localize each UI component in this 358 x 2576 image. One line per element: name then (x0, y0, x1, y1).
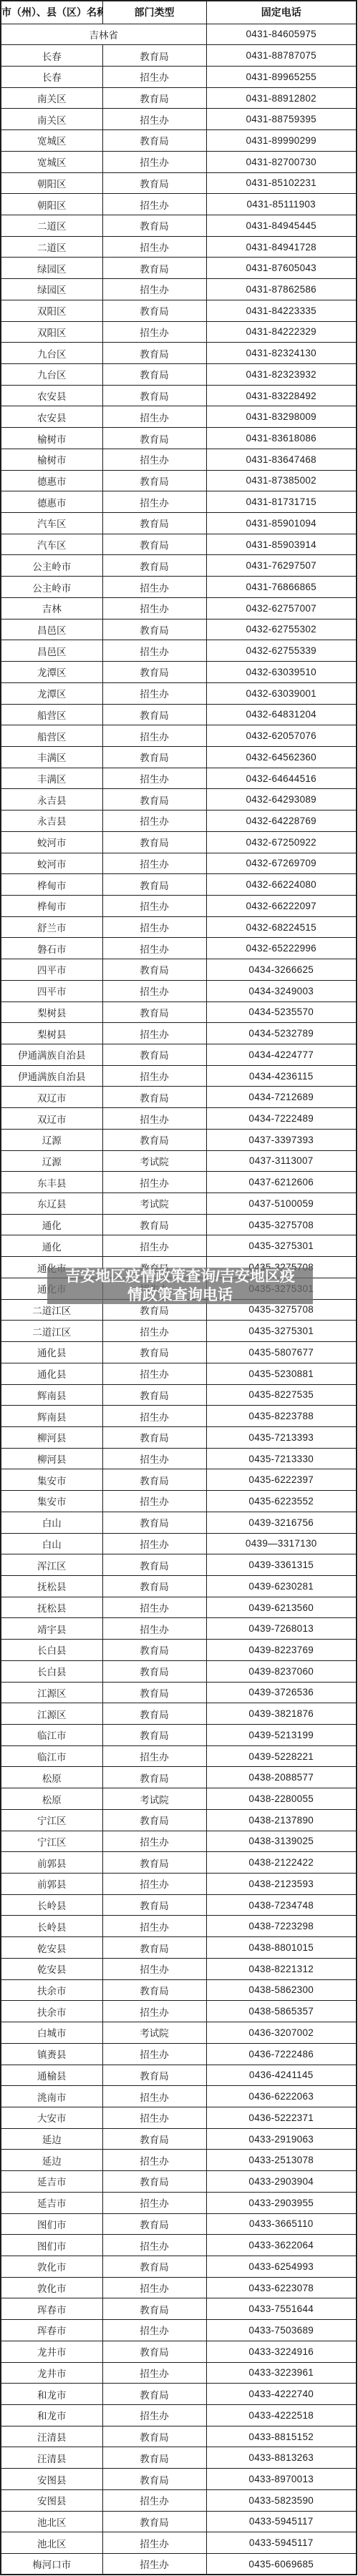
phone-cell: 0431-88787075 (206, 45, 357, 67)
dept-cell: 招生办 (102, 597, 206, 619)
dept-cell: 教育局 (102, 2447, 206, 2469)
dept-cell: 教育局 (102, 364, 206, 386)
phone-cell: 0436-7222486 (206, 2043, 357, 2065)
phone-cell: 0432-62757007 (206, 597, 357, 619)
table-row: 昌邑区招生办0432-62755339 (1, 640, 357, 662)
phone-cell: 0433-8970013 (206, 2469, 357, 2490)
dept-cell: 教育局 (102, 1214, 206, 1235)
table-row: 宽城区教育局0431-89990299 (1, 130, 357, 152)
table-row: 双辽市招生办0434-7222489 (1, 1108, 357, 1130)
table-row: 四平市教育局0434-3266625 (1, 959, 357, 981)
table-row: 九台区教育局0431-82324130 (1, 343, 357, 364)
phone-cell: 0431-81731715 (206, 491, 357, 513)
region-cell: 松原 (1, 1767, 102, 1788)
dept-cell: 招生办 (102, 2554, 206, 2575)
phone-cell: 0438-2123593 (206, 1874, 357, 1895)
dept-cell: 教育局 (102, 2341, 206, 2362)
dept-cell: 教育局 (102, 45, 206, 67)
dept-cell: 考试院 (102, 1150, 206, 1172)
region-cell: 图们市 (1, 2213, 102, 2235)
phone-cell: 0431-76297507 (206, 555, 357, 577)
region-cell: 临江市 (1, 1745, 102, 1767)
phone-cell: 0432-63039001 (206, 682, 357, 704)
region-cell: 伊通满族自治县 (1, 1044, 102, 1066)
phone-cell: 0431-87385002 (206, 470, 357, 491)
region-cell: 池北区 (1, 2532, 102, 2554)
table-row: 松原考试院0438-2280055 (1, 1788, 357, 1810)
phone-cell: 0438-5862300 (206, 1979, 357, 2001)
table-row: 绿园区教育局0431-87605043 (1, 258, 357, 279)
table-row: 靖宇县招生办0439-7268013 (1, 1618, 357, 1640)
phone-cell: 0436-6222063 (206, 2086, 357, 2107)
table-row: 永吉县招生办0432-64228769 (1, 810, 357, 832)
region-cell: 梅河口市 (1, 2554, 102, 2575)
table-row: 辉南县招生办0435-8223788 (1, 1406, 357, 1427)
region-cell: 浑江区 (1, 1554, 102, 1576)
phone-cell: 0439-7268013 (206, 1618, 357, 1640)
region-cell: 白城市 (1, 2022, 102, 2044)
phone-cell: 0434-3266625 (206, 959, 357, 981)
dept-cell: 招生办 (102, 682, 206, 704)
table-header: 市（州）、县（区）名称 部门类型 固定电话 (1, 1, 357, 24)
phone-cell: 0431-82700730 (206, 151, 357, 172)
table-row: 池北区教育局0433-5945117 (1, 2511, 357, 2532)
table-row: 白山招生办0439—3317130 (1, 1533, 357, 1554)
phone-cell: 0433-4222740 (206, 2384, 357, 2405)
dept-cell: 招生办 (102, 810, 206, 832)
region-cell: 梨树县 (1, 1023, 102, 1044)
region-cell: 德惠市 (1, 491, 102, 513)
dept-cell: 招生办 (102, 66, 206, 87)
dept-cell: 教育局 (102, 1725, 206, 1746)
phone-cell: 0432-62755339 (206, 640, 357, 662)
dept-cell: 招生办 (102, 2086, 206, 2107)
province-phone-cell: 0431-84605975 (206, 24, 357, 45)
region-cell: 龙潭区 (1, 662, 102, 683)
phone-cell: 0438-2122422 (206, 1852, 357, 1874)
dept-cell: 招生办 (102, 1958, 206, 1979)
phone-cell: 0439-5228221 (206, 1745, 357, 1767)
region-cell: 蛟河市 (1, 853, 102, 874)
dept-cell: 教育局 (102, 2469, 206, 2490)
phone-cell: 0431-83647468 (206, 449, 357, 470)
dept-cell: 教育局 (102, 555, 206, 577)
phone-cell: 0435-6223552 (206, 1491, 357, 1512)
table-row: 前郭县招生办0438-2123593 (1, 1874, 357, 1895)
dept-cell: 招生办 (102, 1108, 206, 1130)
phone-cell: 0435-7213393 (206, 1426, 357, 1448)
table-row: 蛟河市招生办0432-67269709 (1, 853, 357, 874)
region-cell: 长春 (1, 66, 102, 87)
dept-cell: 招生办 (102, 1235, 206, 1257)
region-cell: 朝阳区 (1, 194, 102, 215)
phone-cell: 0431-76866865 (206, 577, 357, 598)
phone-cell: 0439-8237060 (206, 1660, 357, 1682)
table-row: 德惠市教育局0431-87385002 (1, 470, 357, 491)
phone-cell: 0435-8227535 (206, 1384, 357, 1406)
phone-cell: 0433-7551644 (206, 2298, 357, 2320)
phone-cell: 0432-68224515 (206, 916, 357, 938)
table-row: 扶余市招生办0438-5865357 (1, 2001, 357, 2022)
dept-cell: 招生办 (102, 725, 206, 747)
region-cell: 洮南市 (1, 2086, 102, 2107)
region-cell: 船营区 (1, 704, 102, 725)
table-row: 大安市招生办0436-5222371 (1, 2107, 357, 2128)
region-cell: 汪清县 (1, 2447, 102, 2469)
dept-cell: 教育局 (102, 1979, 206, 2001)
dept-cell: 招生办 (102, 406, 206, 428)
table-row: 双辽市教育局0434-7212689 (1, 1087, 357, 1108)
table-row: 吉林招生办0432-62757007 (1, 597, 357, 619)
table-row: 龙井市招生办0433-3223961 (1, 2362, 357, 2384)
dept-cell: 教育局 (102, 172, 206, 194)
phone-cell: 0439-5213199 (206, 1725, 357, 1746)
phone-cell: 0434-4224777 (206, 1044, 357, 1066)
phone-cell: 0435-5230881 (206, 1363, 357, 1384)
phone-cell: 0434-4236115 (206, 1065, 357, 1087)
region-cell: 图们市 (1, 2235, 102, 2256)
table-row: 龙潭区教育局0432-63039510 (1, 662, 357, 683)
region-cell: 磐石市 (1, 938, 102, 959)
dept-cell: 教育局 (102, 2171, 206, 2193)
table-row: 图们市招生办0433-3622064 (1, 2235, 357, 2256)
region-cell: 乾安县 (1, 1937, 102, 1959)
col-header-dept-type: 部门类型 (102, 1, 206, 24)
table-row: 临江市招生办0439-5228221 (1, 1745, 357, 1767)
phone-cell: 0433-2513078 (206, 2150, 357, 2171)
dept-cell: 招生办 (102, 2320, 206, 2341)
phone-cell: 0432-64831204 (206, 704, 357, 725)
phone-cell: 0431-88912802 (206, 87, 357, 109)
table-row: 公主岭市招生办0431-76866865 (1, 577, 357, 598)
phone-cell: 0439-3726536 (206, 1682, 357, 1703)
table-row: 长岭县招生办0438-7223298 (1, 1916, 357, 1937)
table-row: 长白县教育局0439-8237060 (1, 1660, 357, 1682)
dept-cell: 教育局 (102, 789, 206, 810)
region-cell: 九台区 (1, 343, 102, 364)
region-cell: 宽城区 (1, 151, 102, 172)
region-cell: 伊通满族自治县 (1, 1065, 102, 1087)
dept-cell: 招生办 (102, 1831, 206, 1852)
table-row: 南关区教育局0431-88912802 (1, 87, 357, 109)
phone-cell: 0438-2280055 (206, 1788, 357, 1810)
region-cell: 扶余市 (1, 1979, 102, 2001)
table-row: 农安县招生办0431-83298009 (1, 406, 357, 428)
phone-cell: 0432-64644516 (206, 768, 357, 789)
table-row: 船营区教育局0432-64831204 (1, 704, 357, 725)
phone-cell: 0434-5235570 (206, 1001, 357, 1023)
dept-cell: 教育局 (102, 1044, 206, 1066)
table-row: 抚松县教育局0439-6230281 (1, 1575, 357, 1597)
dept-cell: 招生办 (102, 1023, 206, 1044)
phone-cell: 0439-6213560 (206, 1597, 357, 1618)
dept-cell: 招生办 (102, 853, 206, 874)
dept-cell: 教育局 (102, 1575, 206, 1597)
phone-cell: 0431-85102231 (206, 172, 357, 194)
dept-cell: 教育局 (102, 2511, 206, 2532)
dept-cell: 招生办 (102, 151, 206, 172)
dept-cell: 教育局 (102, 2426, 206, 2447)
table-row: 镇赉县招生办0436-7222486 (1, 2043, 357, 2065)
dept-cell: 教育局 (102, 87, 206, 109)
table-row: 农安县教育局0431-83228492 (1, 385, 357, 406)
table-row: 辽源考试院0437-3113007 (1, 1150, 357, 1172)
table-row: 龙潭区招生办0432-63039001 (1, 682, 357, 704)
dept-cell: 招生办 (102, 2277, 206, 2298)
table-row: 东丰县招生办0437-6212606 (1, 1172, 357, 1193)
region-cell: 东丰县 (1, 1172, 102, 1193)
dept-cell: 招生办 (102, 1065, 206, 1087)
dept-cell: 教育局 (102, 1809, 206, 1831)
table-row: 朝阳区教育局0431-85102231 (1, 172, 357, 194)
dept-cell: 招生办 (102, 1491, 206, 1512)
dept-cell: 教育局 (102, 1554, 206, 1576)
region-cell: 江源区 (1, 1682, 102, 1703)
table-row: 扶余市教育局0438-5862300 (1, 1979, 357, 2001)
region-cell: 和龙市 (1, 2384, 102, 2405)
phone-cell: 0433-2903904 (206, 2171, 357, 2193)
phone-cell: 0432-66224080 (206, 874, 357, 896)
phone-cell: 0434-7222489 (206, 1108, 357, 1130)
table-row: 和龙市招生办0433-4222518 (1, 2405, 357, 2426)
phone-cell: 0436-4241145 (206, 2065, 357, 2086)
dept-cell: 招生办 (102, 1874, 206, 1895)
region-cell: 辉南县 (1, 1384, 102, 1406)
region-cell: 九台区 (1, 364, 102, 386)
dept-cell: 教育局 (102, 343, 206, 364)
dept-cell: 招生办 (102, 895, 206, 916)
table-row: 通化县教育局0435-5807677 (1, 1342, 357, 1363)
region-cell: 和龙市 (1, 2405, 102, 2426)
phone-cell: 0436-3207002 (206, 2022, 357, 2044)
phone-cell: 0438-8801015 (206, 1937, 357, 1959)
region-cell: 四平市 (1, 959, 102, 981)
dept-cell: 教育局 (102, 534, 206, 555)
table-row: 宽城区招生办0431-82700730 (1, 151, 357, 172)
dept-cell: 考试院 (102, 2022, 206, 2044)
region-cell: 永吉县 (1, 789, 102, 810)
table-row: 南关区招生办0431-88759395 (1, 109, 357, 130)
dept-cell: 招生办 (102, 236, 206, 258)
phone-cell: 0431-84222329 (206, 321, 357, 343)
dept-cell: 教育局 (102, 1129, 206, 1150)
phone-cell: 0432-64293089 (206, 789, 357, 810)
region-cell: 敦化市 (1, 2277, 102, 2298)
table-row: 朝阳区招生办0431-85111903 (1, 194, 357, 215)
region-cell: 长春 (1, 45, 102, 67)
table-row: 双阳区招生办0431-84222329 (1, 321, 357, 343)
table-row: 榆树市招生办0431-83647468 (1, 449, 357, 470)
phone-cell: 0432-64228769 (206, 810, 357, 832)
dept-cell: 招生办 (102, 1363, 206, 1384)
region-cell: 公主岭市 (1, 577, 102, 598)
table-row: 丰满区招生办0432-64644516 (1, 768, 357, 789)
table-row: 丰满区教育局0432-64562360 (1, 746, 357, 768)
region-cell: 丰满区 (1, 746, 102, 768)
table-row: 宁江区招生办0438-3139025 (1, 1831, 357, 1852)
table-row: 桦甸市招生办0432-66222097 (1, 895, 357, 916)
table-row: 珲春市教育局0433-7551644 (1, 2298, 357, 2320)
phone-cell: 0439-3216756 (206, 1512, 357, 1533)
table-row: 昌邑区教育局0432-62755302 (1, 619, 357, 640)
table-row: 龙井市教育局0433-3224916 (1, 2341, 357, 2362)
phone-cell: 0433-5823590 (206, 2489, 357, 2511)
dept-cell: 招生办 (102, 2043, 206, 2065)
phone-cell: 0437-3397393 (206, 1129, 357, 1150)
dept-cell: 招生办 (102, 2532, 206, 2554)
phone-cell: 0437-6212606 (206, 1172, 357, 1193)
region-cell: 二道江区 (1, 1321, 102, 1342)
region-cell: 安图县 (1, 2469, 102, 2490)
dept-cell: 教育局 (102, 746, 206, 768)
table-row: 白城市考试院0436-3207002 (1, 2022, 357, 2044)
table-row: 通化招生办0435-3275301 (1, 1235, 357, 1257)
table-row: 柳河县教育局0435-7213393 (1, 1426, 357, 1448)
region-cell: 松原 (1, 1788, 102, 1810)
region-cell: 双辽市 (1, 1087, 102, 1108)
dept-cell: 招生办 (102, 491, 206, 513)
region-cell: 辉南县 (1, 1406, 102, 1427)
region-cell: 镇赉县 (1, 2043, 102, 2065)
phone-cell: 0435-7213330 (206, 1448, 357, 1469)
table-row: 宁江区教育局0438-2137890 (1, 1809, 357, 1831)
dept-cell: 教育局 (102, 1660, 206, 1682)
dept-cell: 教育局 (102, 1937, 206, 1959)
dept-cell: 招生办 (102, 938, 206, 959)
region-cell: 东辽县 (1, 1193, 102, 1215)
dept-cell: 招生办 (102, 2107, 206, 2128)
region-cell: 临江市 (1, 1725, 102, 1746)
table-row: 长春招生办0431-89965255 (1, 66, 357, 87)
region-cell: 宁江区 (1, 1809, 102, 1831)
table-row: 白山教育局0439-3216756 (1, 1512, 357, 1533)
dept-cell: 教育局 (102, 959, 206, 981)
table-row: 前郭县教育局0438-2122422 (1, 1852, 357, 1874)
table-row: 安图县招生办0433-5823590 (1, 2489, 357, 2511)
table-row: 榆树市教育局0431-83618086 (1, 428, 357, 449)
dept-cell: 教育局 (102, 1426, 206, 1448)
province-row: 吉林省 0431-84605975 (1, 24, 357, 45)
phone-cell: 0433-3665110 (206, 2213, 357, 2235)
table-row: 汽车区教育局0431-85901094 (1, 513, 357, 534)
table-row: 伊通满族自治县招生办0434-4236115 (1, 1065, 357, 1087)
phone-cell: 0431-85901094 (206, 513, 357, 534)
table-row: 桦甸市教育局0432-66224080 (1, 874, 357, 896)
dept-cell: 招生办 (102, 1618, 206, 1640)
table-row: 汽车区教育局0431-85903914 (1, 534, 357, 555)
col-header-phone: 固定电话 (206, 1, 357, 24)
region-cell: 船营区 (1, 725, 102, 747)
table-row: 集安市招生办0435-6223552 (1, 1491, 357, 1512)
dept-cell: 教育局 (102, 2384, 206, 2405)
phone-cell: 0438-2137890 (206, 1809, 357, 1831)
region-cell: 桦甸市 (1, 874, 102, 896)
dept-cell: 教育局 (102, 513, 206, 534)
region-cell: 蛟河市 (1, 831, 102, 853)
dept-cell: 教育局 (102, 1087, 206, 1108)
region-cell: 吉林 (1, 597, 102, 619)
dept-cell: 教育局 (102, 619, 206, 640)
region-cell: 延吉市 (1, 2171, 102, 2193)
phone-cell: 0437-3113007 (206, 1150, 357, 1172)
phone-cell: 0433-8813263 (206, 2447, 357, 2469)
dept-cell: 招生办 (102, 1406, 206, 1427)
table-row: 通化教育局0435-3275708 (1, 1214, 357, 1235)
phone-cell: 0431-87862586 (206, 279, 357, 300)
table-row: 梨树县教育局0434-5235570 (1, 1001, 357, 1023)
dept-cell: 教育局 (102, 428, 206, 449)
dept-cell: 考试院 (102, 1788, 206, 1810)
table-row: 敦化市招生办0433-6223078 (1, 2277, 357, 2298)
region-cell: 柳河县 (1, 1448, 102, 1469)
watermark-line-2: 情政策查询电话 (47, 1286, 313, 1305)
region-cell: 龙潭区 (1, 682, 102, 704)
table-row: 抚松县招生办0439-6213560 (1, 1597, 357, 1618)
region-cell: 榆树市 (1, 428, 102, 449)
phone-cell: 0431-82323932 (206, 364, 357, 386)
region-cell: 柳河县 (1, 1426, 102, 1448)
phone-cell: 0431-88759395 (206, 109, 357, 130)
dept-cell: 招生办 (102, 449, 206, 470)
region-cell: 朝阳区 (1, 172, 102, 194)
phone-cell: 0439-3361315 (206, 1554, 357, 1576)
phone-cell: 0439-8223769 (206, 1640, 357, 1661)
region-cell: 南关区 (1, 109, 102, 130)
table-row: 敦化市教育局0433-6254993 (1, 2256, 357, 2277)
table-row: 池北区招生办0433-5945117 (1, 2532, 357, 2554)
phone-cell: 0433-7503689 (206, 2320, 357, 2341)
region-cell: 扶余市 (1, 2001, 102, 2022)
region-cell: 双阳区 (1, 300, 102, 321)
phone-cell: 0433-3224916 (206, 2341, 357, 2362)
dept-cell: 教育局 (102, 215, 206, 236)
region-cell: 宽城区 (1, 130, 102, 152)
phone-cell: 0437-5100059 (206, 1193, 357, 1215)
dept-cell: 教育局 (102, 2256, 206, 2277)
region-cell: 四平市 (1, 980, 102, 1001)
phone-cell: 0433-6223078 (206, 2277, 357, 2298)
phone-cell: 0438-2088577 (206, 1767, 357, 1788)
phone-cell: 0433-3622064 (206, 2235, 357, 2256)
phone-cell: 0431-83298009 (206, 406, 357, 428)
region-cell: 珲春市 (1, 2320, 102, 2341)
phone-cell: 0435-8223788 (206, 1406, 357, 1427)
dept-cell: 教育局 (102, 662, 206, 683)
table-row: 九台区教育局0431-82323932 (1, 364, 357, 386)
dept-cell: 招生办 (102, 2150, 206, 2171)
phone-cell: 0431-84941728 (206, 236, 357, 258)
region-cell: 通榆县 (1, 2065, 102, 2086)
dept-cell: 教育局 (102, 1894, 206, 1916)
region-cell: 大安市 (1, 2107, 102, 2128)
region-cell: 农安县 (1, 385, 102, 406)
phone-cell: 0432-62057076 (206, 725, 357, 747)
region-cell: 乾安县 (1, 1958, 102, 1979)
dept-cell: 教育局 (102, 470, 206, 491)
region-cell: 安图县 (1, 2489, 102, 2511)
region-cell: 龙井市 (1, 2362, 102, 2384)
region-cell: 集安市 (1, 1491, 102, 1512)
dept-cell: 招生办 (102, 640, 206, 662)
region-cell: 辽源 (1, 1129, 102, 1150)
watermark-overlay: 吉安地区疫情政策查询/吉安地区疫 情政策查询电话 (47, 1268, 313, 1304)
dept-cell: 考试院 (102, 1193, 206, 1215)
phone-cell: 0432-67250922 (206, 831, 357, 853)
region-cell: 绿园区 (1, 258, 102, 279)
phone-cell: 0438-7223298 (206, 1916, 357, 1937)
dept-cell: 教育局 (102, 831, 206, 853)
table-row: 船营区招生办0432-62057076 (1, 725, 357, 747)
